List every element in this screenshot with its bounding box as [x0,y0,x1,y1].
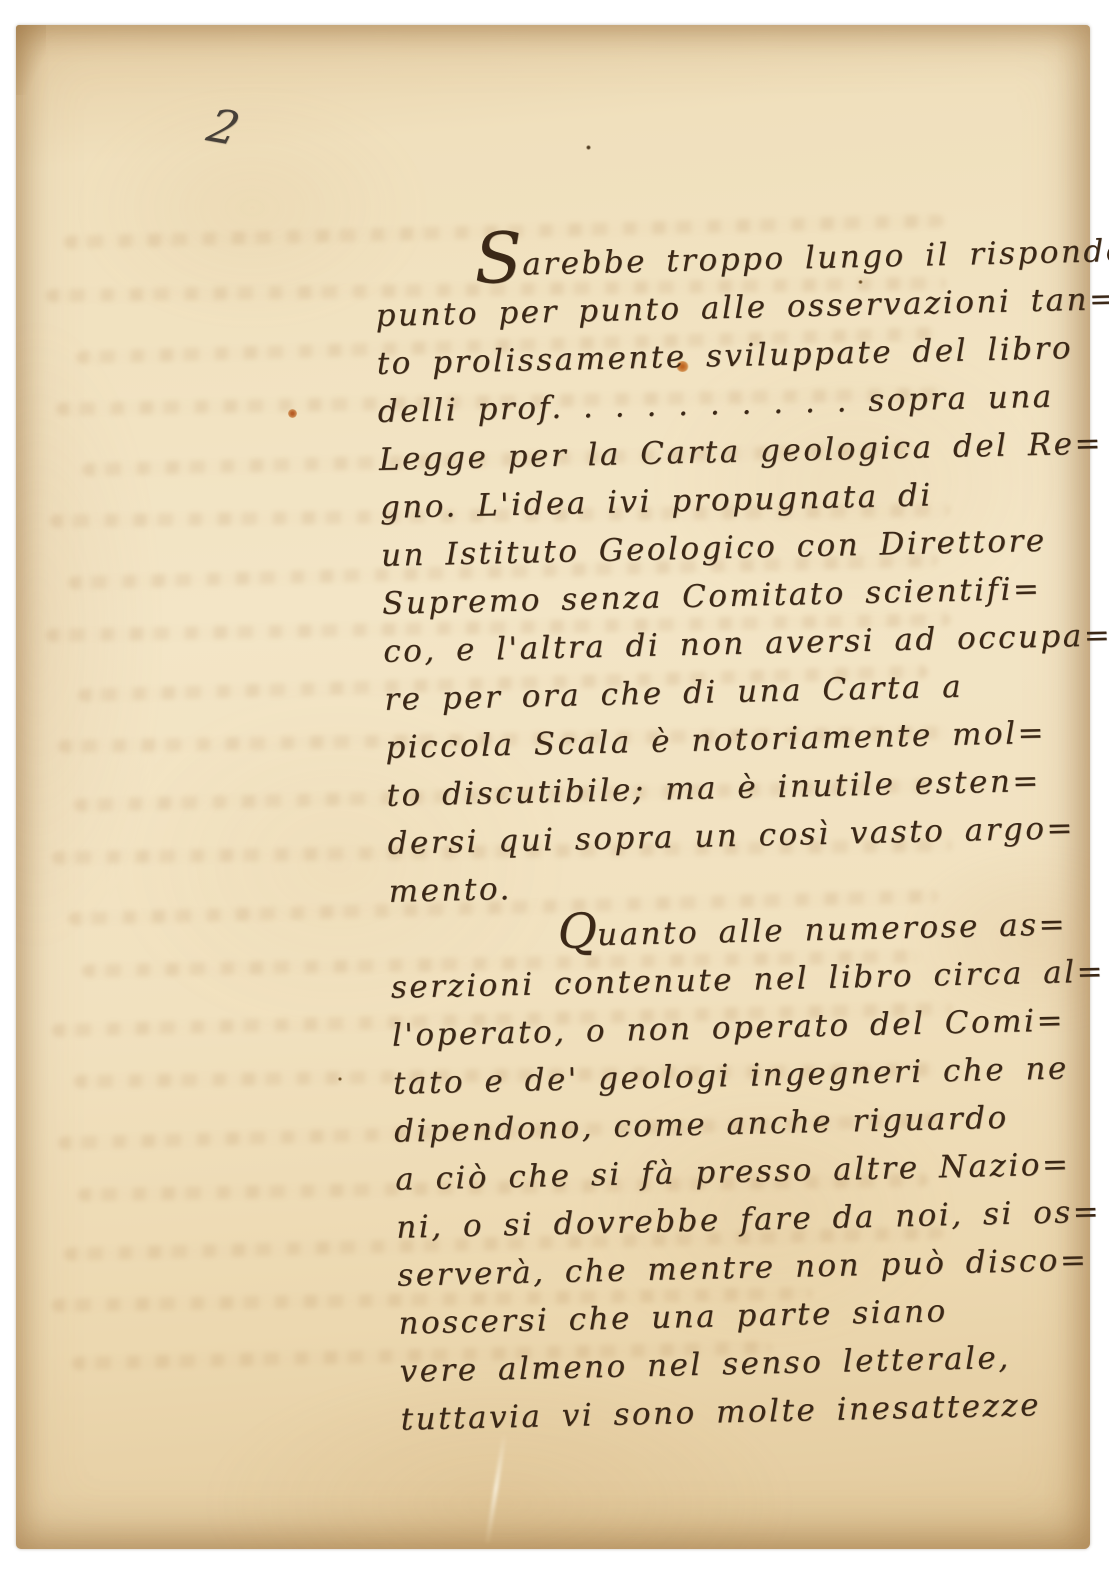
page-number: 2 [202,98,246,155]
scanned-document-page: 2 Sarebbe troppo lungo il risponderepunt… [0,0,1109,1570]
manuscript-paper: 2 Sarebbe troppo lungo il risponderepunt… [16,25,1090,1549]
manuscript-text: Sarebbe troppo lungo il risponderepunto … [374,228,1109,1444]
paper-speck [338,1077,342,1081]
paper-corner-fold [16,25,46,95]
paper-stain [288,409,297,418]
paper-speck [586,145,591,150]
paper-crease [485,1433,506,1542]
